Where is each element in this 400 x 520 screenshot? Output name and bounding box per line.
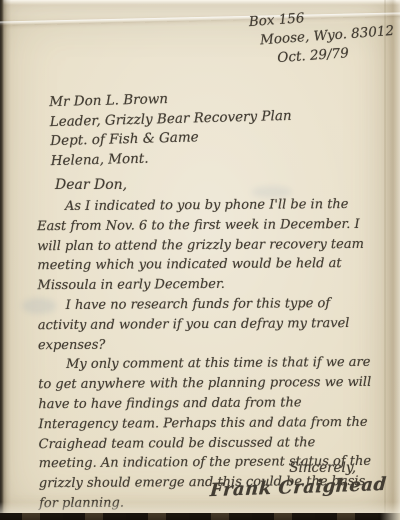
salutation: Dear Don, (55, 177, 127, 193)
body-paragraph-2: I have no research funds for this type o… (38, 294, 374, 356)
recipient-address-block: Mr Don L. Brown Leader, Grizzly Bear Rec… (49, 87, 293, 171)
paper-right-edge-shadow (384, 0, 400, 520)
paper-top-edge (0, 0, 400, 5)
scan-bottom-edge (0, 513, 400, 520)
right-crease-line (384, 0, 386, 520)
letter-dateline: Box 156 Moose, Wyo. 83012 Oct. 29/79 (248, 3, 396, 70)
scanned-letter-page: Box 156 Moose, Wyo. 83012 Oct. 29/79 Mr … (0, 0, 400, 520)
closing: Sincerely, (289, 460, 356, 476)
scan-left-edge-shadow (0, 0, 11, 520)
body-paragraph-1: As I indicated to you by phone I'll be i… (37, 195, 374, 296)
